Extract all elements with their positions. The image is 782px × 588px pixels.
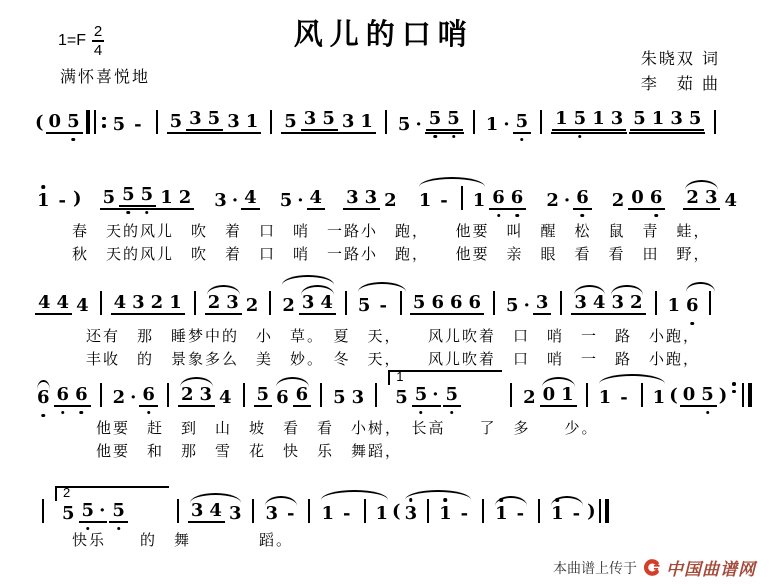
music-line-4: 6662·623456653155·52011-1(05) — [34, 350, 756, 407]
meter-numerator: 2 — [94, 24, 102, 39]
site-logo-icon — [642, 558, 661, 577]
lyrics-block: 他要 赶 到 山 坡 看 看 小树， 长高 了 多 少。 他要 和 那 雪 花 … — [96, 417, 756, 463]
lyrics-block: 快乐 的 舞 蹈。 — [72, 529, 756, 552]
sheet-music-page: 1=F 2 4 风儿的口哨 满怀喜悦地 朱晓双 词 李 茹 曲 (055-535… — [0, 0, 782, 588]
lyric-line-verse-1: 春 天的风儿 吹 着 口 哨 一路小 跑， 他要 叫 醒 松 鼠 青 蛙， — [72, 220, 756, 243]
upload-note: 本曲谱上传于 — [553, 558, 637, 578]
lyric-line-verse-2: 他要 和 那 雪 花 快 乐 舞蹈， — [96, 440, 756, 463]
key-label: 1=F — [58, 32, 86, 50]
key-time-signature: 1=F 2 4 — [58, 24, 104, 58]
site-name: 中国曲谱网 — [666, 555, 756, 580]
lyricist-credit: 朱晓双 词 — [641, 46, 720, 71]
notation-system-1: (055-53531535315·551·515135135 — [34, 92, 756, 134]
meter-denominator: 4 — [94, 43, 102, 58]
tempo-marking: 满怀喜悦地 — [60, 64, 150, 87]
lyric-line-verse-1: 快乐 的 舞 蹈。 — [72, 529, 756, 552]
music-line-3: 44443212322345-56665·3343216 — [34, 256, 756, 315]
notation-system-5: 255·53433-1-1(31-1-1-) 快乐 的 舞 蹈。 — [34, 466, 756, 552]
lyric-line-verse-1: 他要 赶 到 山 坡 看 看 小树， 长高 了 多 少。 — [96, 417, 756, 440]
time-signature: 2 4 — [92, 24, 104, 58]
music-line-2: 1-)555123·45·43321-1662·6206234 — [34, 158, 756, 210]
music-line-5: 255·53433-1-1(31-1-1-) — [34, 466, 756, 523]
credits: 朱晓双 词 李 茹 曲 — [641, 46, 720, 96]
music-line-1: (055-53531535315·551·515135135 — [34, 92, 756, 134]
site-attribution: 本曲谱上传于 中国曲谱网 — [553, 555, 756, 580]
song-title: 风儿的口哨 — [294, 12, 474, 53]
lyric-line-verse-1: 还有 那 睡梦中的 小 草。 夏 天， 风儿吹着 口 哨 一 路 小跑， — [86, 325, 756, 348]
notation-system-2: 1-)555123·45·43321-1662·6206234 春 天的风儿 吹… — [34, 158, 756, 266]
notation-system-4: 6662·623456653155·52011-1(05) 他要 赶 到 山 坡… — [34, 350, 756, 463]
